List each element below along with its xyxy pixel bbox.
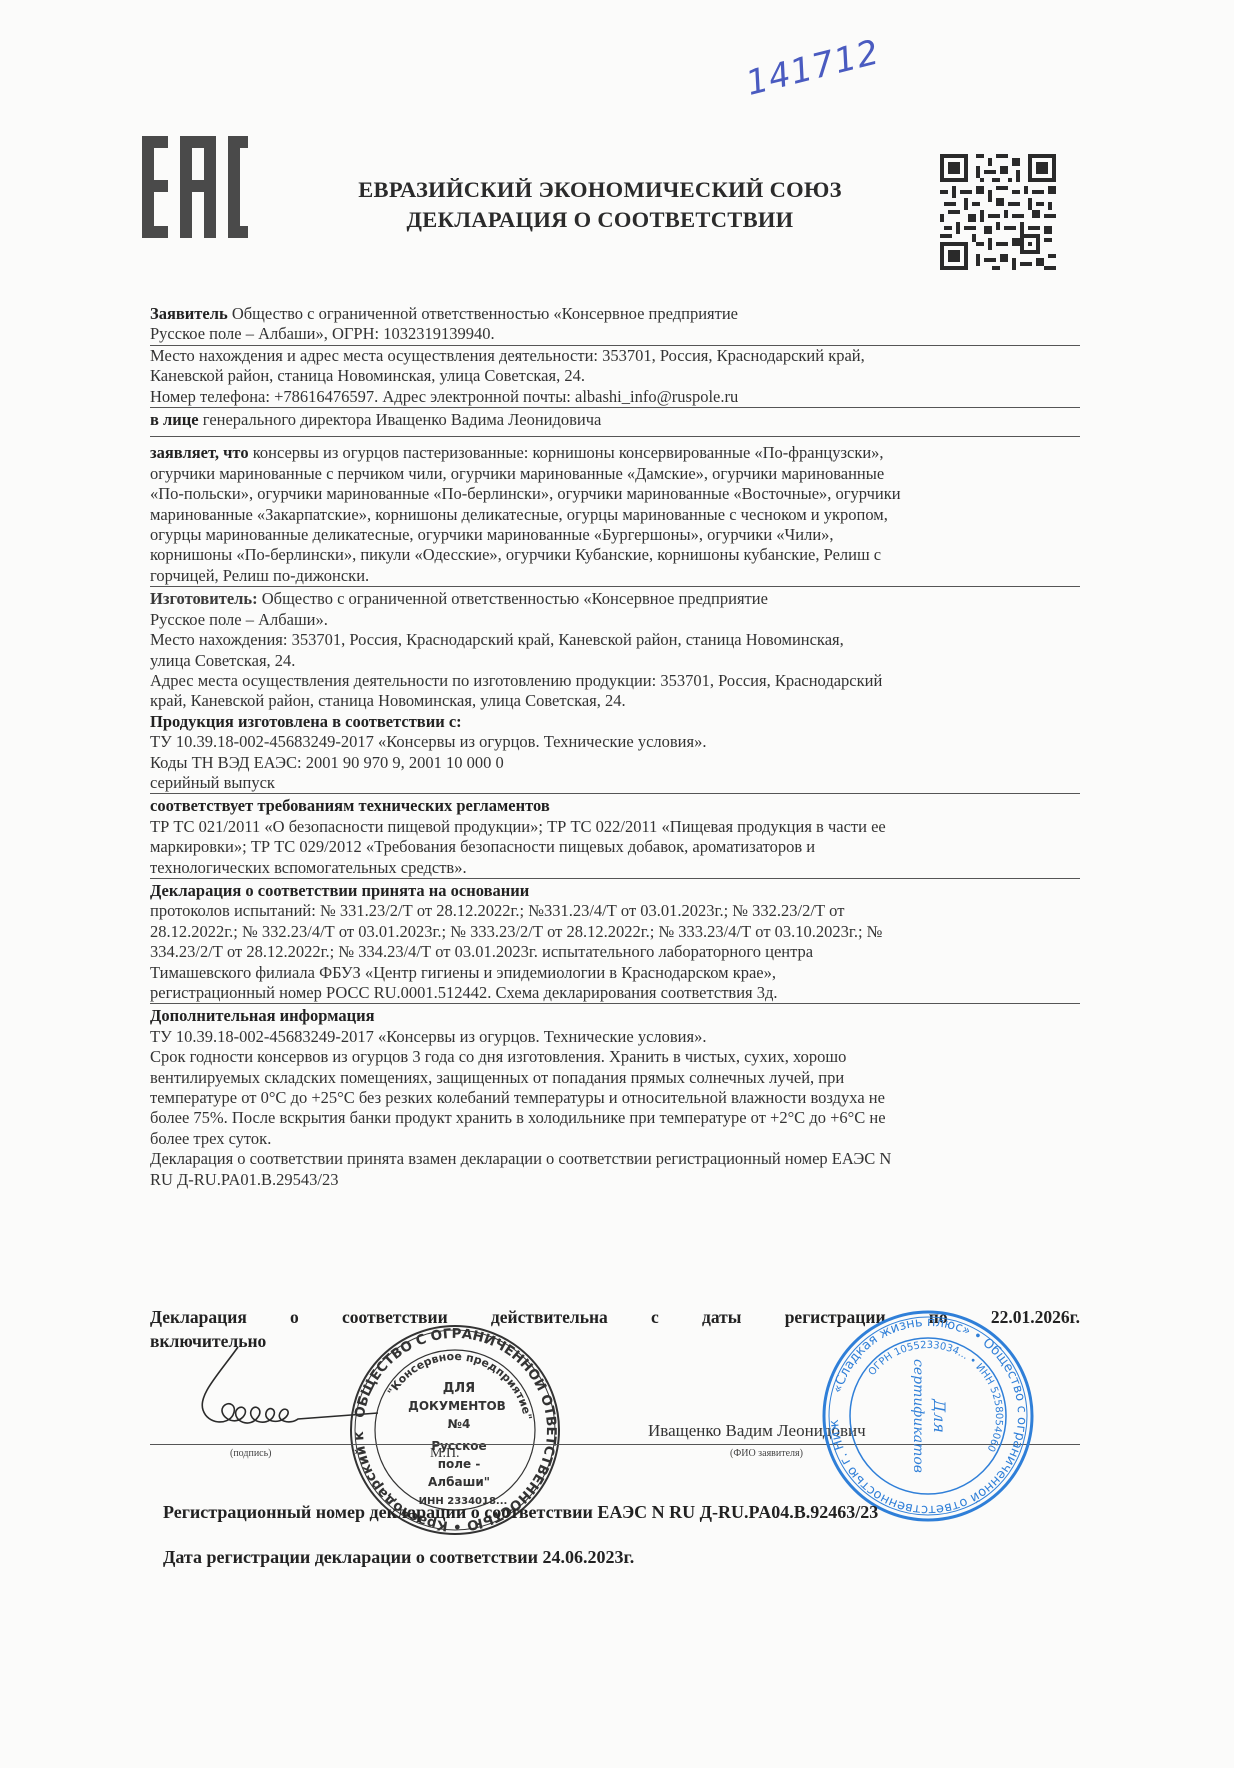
validity-word: о (290, 1305, 299, 1329)
production-label: Продукция изготовлена в соответствии с: (150, 712, 1080, 732)
manufacturer-label: Изготовитель: (150, 589, 258, 608)
applicant-address-line1: Место нахождения и адрес места осуществл… (150, 346, 1080, 366)
product-line: консервы из огурцов пастеризованные: кор… (249, 443, 884, 462)
registration-date: Дата регистрации декларации о соответств… (163, 1547, 634, 1568)
basis-line: Тимашевского филиала ФБУЗ «Центр гигиены… (150, 963, 1080, 983)
additional-label: Дополнительная информация (150, 1006, 1080, 1026)
applicant-section: Заявитель Общество с ограниченной ответс… (150, 304, 1080, 437)
declaration-body: Заявитель Общество с ограниченной ответс… (150, 304, 1080, 1190)
svg-text:Для: Для (930, 1398, 949, 1433)
regulations-section: соответствует требованиям технических ре… (150, 796, 1080, 879)
svg-text:сертификатов: сертификатов (910, 1359, 926, 1473)
product-line: корнишоны «По-берлински», пикули «Одесск… (150, 545, 1080, 565)
additional-line: Декларация о соответствии принята взамен… (150, 1149, 1080, 1169)
title-declaration: ДЕКЛАРАЦИЯ О СООТВЕТСТВИИ (300, 205, 900, 235)
product-line: огурчики маринованные с перчиком чили, о… (150, 464, 1080, 484)
product-line: «По-польски», огурчики маринованные «По-… (150, 484, 1080, 504)
additional-section: Дополнительная информация ТУ 10.39.18-00… (150, 1006, 1080, 1190)
qr-code-icon[interactable] (940, 153, 1056, 271)
applicant-contacts: Номер телефона: +78616476597. Адрес элек… (150, 387, 1080, 408)
basis-line: протоколов испытаний: № 331.23/2/Т от 28… (150, 901, 1080, 921)
production-tu: ТУ 10.39.18-002-45683249-2017 «Консервы … (150, 732, 1080, 752)
person-name: генерального директора Иващенко Вадима Л… (199, 410, 602, 429)
title-union: ЕВРАЗИЙСКИЙ ЭКОНОМИЧЕСКИЙ СОЮЗ (300, 175, 900, 205)
manufacturer-location-line1: Место нахождения: 353701, Россия, Красно… (150, 630, 1080, 650)
person-label: в лице (150, 410, 199, 429)
manufacturer-activity-line1: Адрес места осуществления деятельности п… (150, 671, 1080, 691)
product-line: горчицей, Релиш по-дижонски. (150, 566, 1080, 587)
production-release: серийный выпуск (150, 773, 1080, 794)
basis-label: Декларация о соответствии принята на осн… (150, 881, 1080, 901)
regulation-line: маркировки»; ТР ТС 029/2012 «Требования … (150, 837, 1080, 857)
registration-number: Регистрационный номер декларации о соотв… (163, 1502, 878, 1523)
svg-text:№4: №4 (448, 1417, 471, 1431)
document-title: ЕВРАЗИЙСКИЙ ЭКОНОМИЧЕСКИЙ СОЮЗ ДЕКЛАРАЦИ… (300, 175, 900, 235)
declares-label: заявляет, что (150, 443, 249, 462)
svg-text:ДОКУМЕНТОВ: ДОКУМЕНТОВ (408, 1399, 506, 1413)
name-caption: (ФИО заявителя) (730, 1448, 803, 1459)
basis-section: Декларация о соответствии принята на осн… (150, 881, 1080, 1004)
regulation-line: ТР ТС 021/2011 «О безопасности пищевой п… (150, 817, 1080, 837)
product-line: маринованные «Закарпатские», корнишоны д… (150, 505, 1080, 525)
applicant-address-line2: Каневской район, станица Новоминская, ул… (150, 366, 1080, 386)
regulation-line: технологических вспомогательных средств»… (150, 858, 1080, 879)
validity-word: Декларация (150, 1305, 247, 1329)
divider (150, 436, 1080, 437)
product-line: огурцы маринованные деликатесные, огурчи… (150, 525, 1080, 545)
manufacturer-activity-line2: край, Каневской район, станица Новоминск… (150, 691, 1080, 711)
basis-line: 334.23/2/Т от 28.12.2022г.; № 334.23/4/Т… (150, 942, 1080, 962)
production-section: Продукция изготовлена в соответствии с: … (150, 712, 1080, 795)
blue-stamp-icon: «Сладкая жизнь плюс» • Общество с ограни… (818, 1306, 1038, 1531)
regulations-label: соответствует требованиям технических ре… (150, 796, 1080, 816)
signature-caption: (подпись) (230, 1448, 272, 1459)
svg-text:ДЛЯ: ДЛЯ (443, 1381, 475, 1396)
manufacturer-location-line2: улица Советская, 24. (150, 651, 1080, 671)
manufacturer-section: Изготовитель: Общество с ограниченной от… (150, 589, 1080, 711)
additional-line: вентилируемых складских помещениях, защи… (150, 1068, 1080, 1088)
basis-line: 28.12.2022г.; № 332.23/4/Т от 03.01.2023… (150, 922, 1080, 942)
applicant-name-line1: Общество с ограниченной ответственностью… (228, 304, 738, 323)
eac-logo-icon (140, 134, 250, 240)
handwritten-note: 141712 (742, 32, 883, 104)
applicant-label: Заявитель (150, 304, 228, 323)
svg-text:ОГРН 1055233034... • ИНН 52580: ОГРН 1055233034... • ИНН 5258054060 (867, 1340, 1004, 1453)
additional-line: ТУ 10.39.18-002-45683249-2017 «Консервы … (150, 1027, 1080, 1047)
validity-word: с (651, 1305, 659, 1329)
additional-line: Срок годности консервов из огурцов 3 год… (150, 1047, 1080, 1067)
seal-label: М.П. (430, 1446, 460, 1462)
declares-section: заявляет, что консервы из огурцов пастер… (150, 443, 1080, 587)
basis-line: регистрационный номер РОСС RU.0001.51244… (150, 983, 1080, 1004)
production-codes: Коды ТН ВЭД ЕАЭС: 2001 90 970 9, 2001 10… (150, 753, 1080, 773)
additional-line: температуре от 0°С до +25°С без резких к… (150, 1088, 1080, 1108)
manufacturer-name-line1: Общество с ограниченной ответственностью… (258, 589, 768, 608)
additional-line: более трех суток. (150, 1129, 1080, 1149)
manufacturer-name-line2: Русское поле – Албаши». (150, 610, 1080, 630)
applicant-name-line2: Русское поле – Албаши», ОГРН: 1032319139… (150, 324, 1080, 345)
additional-line: RU Д-RU.PA01.B.29543/23 (150, 1170, 1080, 1190)
additional-line: более 75%. После вскрытия банки продукт … (150, 1108, 1080, 1128)
validity-word: даты (702, 1305, 741, 1329)
svg-text:Албаши": Албаши" (428, 1475, 490, 1489)
